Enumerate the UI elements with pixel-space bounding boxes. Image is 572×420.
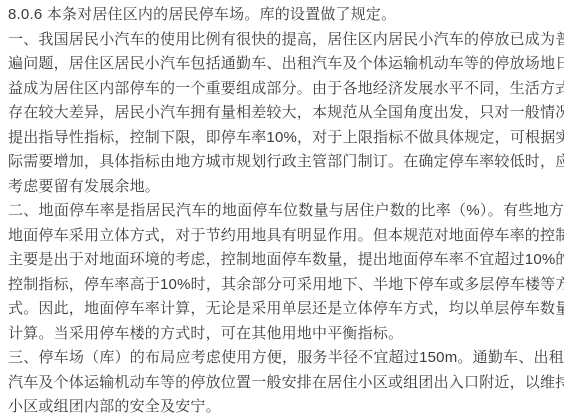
text-line: 二、地面停车率是指居民汽车的地面停车位数量与居住户数的比率（%）。有些地方 xyxy=(8,199,564,224)
text-line: 遍问题，居住区居民小汽车包括通勤车、出租汽车及个体运输机动车等的停放场地日 xyxy=(8,52,564,77)
text-line: 际需要增加，具体指标由地方城市规划行政主管部门制订。在确定停车率较低时，应 xyxy=(8,150,564,175)
text-line: 提出指导性指标，控制下限，即停车率10%，对于上限指标不做具体规定，可根据实 xyxy=(8,126,564,151)
text-line: 汽车及个体运输机动车等的停放位置一般安排在居住小区或组团出入口附近，以维持 xyxy=(8,371,564,396)
text-line: 三、停车场（库）的布局应考虑使用方便，服务半径不宜超过150m。通勤车、出租 xyxy=(8,346,564,371)
text-line: 控制指标，停车率高于10%时，其余部分可采用地下、半地下停车或多层停车楼等方 xyxy=(8,273,564,298)
text-line: 益成为居住区内部停车的一个重要组成部分。由于各地经济发展水平不同，生活方式 xyxy=(8,77,564,102)
text-line: 一、我国居民小汽车的使用比例有很快的提高，居住区内居民小汽车的停放已成为普 xyxy=(8,28,564,53)
text-line: 小区或组团内部的安全及安宁。 xyxy=(8,395,564,420)
text-line: 考虑要留有发展余地。 xyxy=(8,175,564,200)
text-line: 存在较大差异，居民小汽车拥有量相差较大，本规范从全国角度出发，只对一般情况 xyxy=(8,101,564,126)
text-line: 地面停车采用立体方式，对于节约用地具有明显作用。但本规范对地面停车率的控制 xyxy=(8,224,564,249)
text-line: 8.0.6 本条对居住区内的居民停车场。库的设置做了规定。 xyxy=(8,3,564,28)
text-line: 主要是出于对地面环境的考虑，控制地面停车数量，提出地面停车率不宜超过10%的 xyxy=(8,248,564,273)
text-line: 计算。当采用停车楼的方式时，可在其他用地中平衡指标。 xyxy=(8,322,564,347)
document-page: 8.0.6 本条对居住区内的居民停车场。库的设置做了规定。 一、我国居民小汽车的… xyxy=(0,0,572,420)
text-line: 式。因此，地面停车率计算，无论是采用单层还是立体停车方式，均以单层停车数量 xyxy=(8,297,564,322)
